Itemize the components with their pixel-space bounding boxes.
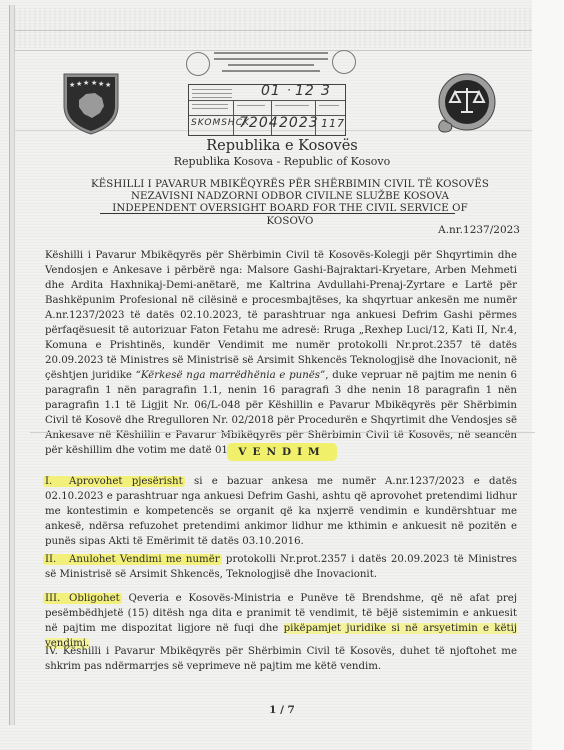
stamp-pages: 117 (321, 117, 345, 130)
decision-text: Këshilli i Pavarur Mbikëqyrës për Shërbi… (45, 646, 517, 672)
decision-title: VENDIM (227, 443, 337, 461)
scan-binding-edge (9, 5, 15, 725)
decision-item-2: II.Anulohet Vendimi me numër protokolli … (45, 552, 517, 582)
intro-text-part1: Këshilli i Pavarur Mbikëqyrës për Shërbi… (45, 250, 517, 381)
scanned-document-page: ★★★ ★★★ 01 · 12 3 (0, 0, 564, 750)
decision-number: IV. (45, 646, 58, 657)
decision-item-4: IV. Këshilli i Pavarur Mbikëqyrës për Sh… (45, 644, 517, 674)
stamp-protocol-number: 7204 (239, 115, 279, 131)
svg-text:★: ★ (69, 81, 75, 89)
decision-item-1: I.Aprovohet pjesërisht si e bazuar ankes… (45, 474, 517, 549)
scan-margin (532, 0, 564, 750)
svg-text:★: ★ (105, 81, 111, 89)
stamp-letterhead (186, 48, 356, 80)
decision-highlight: Obligohet (69, 593, 120, 604)
republic-subtitle: Republika Kosova - Republic of Kosovo (0, 155, 564, 168)
decision-number: I. (45, 474, 69, 489)
intro-subject: “Kërkesë nga marrëdhënia e punës” (136, 370, 326, 381)
decision-item-3: III.Obligohet Qeveria e Kosovës-Ministri… (45, 591, 517, 651)
intro-paragraph: Këshilli i Pavarur Mbikëqyrës për Shërbi… (45, 248, 517, 458)
seal-icon (332, 50, 356, 74)
decision-number: II. (45, 552, 69, 567)
svg-text:★: ★ (98, 80, 104, 88)
scales-of-justice-icon (433, 72, 497, 136)
svg-text:★: ★ (91, 79, 97, 87)
page-number: 1 / 7 (0, 704, 564, 716)
seal-icon (186, 52, 210, 76)
svg-text:★: ★ (83, 79, 89, 87)
header-divider (100, 213, 455, 214)
stamp-year: 2023 (279, 115, 319, 131)
board-name-english: INDEPENDENT OVERSIGHT BOARD FOR THE CIVI… (90, 202, 490, 228)
stamp-date-suffix: 3 (321, 83, 331, 99)
republic-title: Republika e Kosovës (0, 138, 564, 154)
decision-highlight: Aprovohet pjesërisht (69, 476, 183, 487)
decision-number: III. (45, 591, 69, 606)
stamp-date-day: 01 (261, 83, 281, 99)
stamp-date-month: 12 (295, 83, 315, 99)
decision-highlight: Anulohet Vendimi me numër (69, 554, 220, 565)
svg-text:★: ★ (76, 80, 82, 88)
scan-noise (14, 8, 532, 48)
scan-artifact-line (14, 30, 532, 31)
case-number: A.nr.1237/2023 (438, 224, 520, 236)
kosovo-coat-of-arms-icon: ★★★ ★★★ (62, 72, 120, 136)
section-divider (30, 432, 535, 433)
registry-stamp: 01 · 12 3 SKOMSHCK 7204 2023 117 (188, 84, 346, 136)
